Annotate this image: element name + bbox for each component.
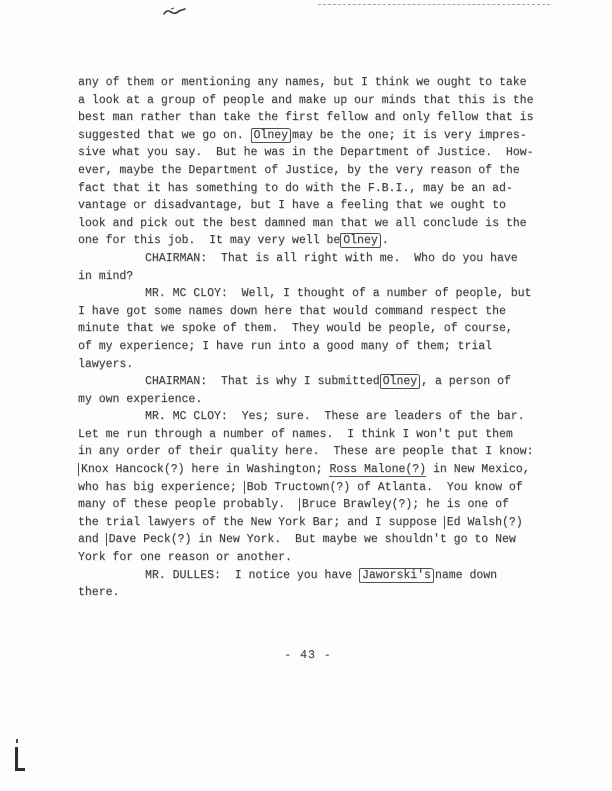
text-segment: MR. MC CLOY: Yes; sure. These are leader… — [145, 410, 525, 423]
text-segment: suggested that we go on. — [78, 129, 251, 142]
page-number: - 43 - — [78, 649, 538, 662]
text-segment: of Atlanta. You know of — [350, 481, 523, 494]
text-segment: sive what you say. But he was in the Dep… — [78, 146, 533, 159]
document-line: Let me run through a number of names. I … — [78, 426, 548, 444]
document-body: any of them or mentioning any names, but… — [78, 74, 548, 602]
text-segment: CHAIRMAN: That is all right with me. Who… — [145, 252, 518, 265]
document-line: MR. MC CLOY: Yes; sure. These are leader… — [78, 408, 548, 426]
text-segment: CHAIRMAN: That is why I submitted — [145, 375, 380, 388]
text-segment: look and pick out the best damned man th… — [78, 217, 527, 230]
annotated-name: Ross Malone(?) — [329, 463, 426, 477]
document-line: in mind? — [78, 268, 548, 286]
document-line: my own experience. — [78, 391, 548, 409]
dashed-page-edge-line — [318, 4, 550, 5]
text-segment: may be the one; it is very impres- — [292, 129, 527, 142]
annotated-name: Olney — [380, 374, 421, 389]
document-line: ever, maybe the Department of Justice, b… — [78, 162, 548, 180]
corner-mark-icon — [16, 739, 18, 743]
text-segment: my own experience. — [78, 393, 202, 406]
text-segment: ever, maybe the Department of Justice, b… — [78, 164, 520, 177]
text-segment: lawyers. — [78, 358, 133, 371]
text-segment: in mind? — [78, 270, 133, 283]
annotated-name: Dave Peck(?) — [106, 533, 192, 546]
document-line: I have got some names down here that wou… — [78, 303, 548, 321]
text-segment: fact that it has something to do with th… — [78, 182, 513, 195]
document-line: of my experience; I have run into a good… — [78, 338, 548, 356]
annotated-name: Knox Hancock(?) — [78, 463, 185, 476]
annotated-name: Bruce Brawley(?) — [299, 498, 412, 511]
text-segment: MR. DULLES: I notice you have — [145, 569, 359, 582]
text-segment: MR. MC CLOY: Well, I thought of a number… — [145, 287, 531, 300]
document-line: MR. DULLES: I notice you have Jaworski's… — [78, 567, 548, 585]
document-line: best man rather than take the first fell… — [78, 109, 548, 127]
document-line: any of them or mentioning any names, but… — [78, 74, 548, 92]
text-segment: who has big experience; — [78, 481, 244, 494]
text-segment: , a person of — [421, 375, 511, 388]
document-line: a look at a group of people and make up … — [78, 92, 548, 110]
annotated-name: Olney — [340, 233, 381, 248]
document-line: and Dave Peck(?) in New York. But maybe … — [78, 531, 548, 549]
annotated-name: Jaworski's — [359, 568, 434, 583]
document-line: there. — [78, 584, 548, 602]
text-segment: York for one reason or another. — [78, 551, 292, 564]
text-segment: many of these people probably. — [78, 498, 299, 511]
text-segment: a look at a group of people and make up … — [78, 94, 533, 107]
text-segment: . — [382, 234, 389, 247]
document-line: the trial lawyers of the New York Bar; a… — [78, 514, 548, 532]
document-line: York for one reason or another. — [78, 549, 548, 567]
document-line: fact that it has something to do with th… — [78, 180, 548, 198]
text-segment: any of them or mentioning any names, but… — [78, 76, 527, 89]
scanned-page: any of them or mentioning any names, but… — [0, 0, 612, 791]
text-segment: there. — [78, 586, 119, 599]
annotated-name: Bob Tructown(?) — [244, 481, 351, 494]
document-line: CHAIRMAN: That is why I submittedOlney, … — [78, 373, 548, 391]
document-line: sive what you say. But he was in the Dep… — [78, 144, 548, 162]
text-segment: Let me run through a number of names. I … — [78, 428, 513, 441]
annotated-name: Olney — [251, 128, 292, 143]
document-line: who has big experience; Bob Tructown(?) … — [78, 479, 548, 497]
text-segment: one for this job. It may very well be — [78, 234, 340, 247]
text-segment: name down — [435, 569, 497, 582]
text-segment: in New York. But maybe we shouldn't go t… — [191, 533, 515, 546]
document-line: in any order of their quality here. Thes… — [78, 443, 548, 461]
document-line: minute that we spoke of them. They would… — [78, 320, 548, 338]
document-line: MR. MC CLOY: Well, I thought of a number… — [78, 285, 548, 303]
text-segment: here in Washington; — [185, 463, 330, 476]
document-line: look and pick out the best damned man th… — [78, 215, 548, 233]
annotated-name: Ed Walsh(?) — [444, 516, 523, 529]
text-segment: in New Mexico, — [426, 463, 530, 476]
text-segment: I have got some names down here that wou… — [78, 305, 506, 318]
document-line: CHAIRMAN: That is all right with me. Who… — [78, 250, 548, 268]
text-segment: the trial lawyers of the New York Bar; a… — [78, 516, 444, 529]
document-line: Knox Hancock(?) here in Washington; Ross… — [78, 461, 548, 479]
corner-mark-icon — [15, 768, 25, 771]
document-line: suggested that we go on. Olneymay be the… — [78, 127, 548, 145]
text-segment: vantage or disadvantage, but I have a fe… — [78, 199, 506, 212]
text-segment: best man rather than take the first fell… — [78, 111, 533, 124]
document-line: many of these people probably. Bruce Bra… — [78, 496, 548, 514]
text-segment: of my experience; I have run into a good… — [78, 340, 492, 353]
document-line: vantage or disadvantage, but I have a fe… — [78, 197, 548, 215]
document-line: lawyers. — [78, 356, 548, 374]
text-segment: ; he is one of — [412, 498, 509, 511]
handwritten-squiggle-icon — [162, 5, 188, 23]
text-segment: and — [78, 533, 106, 546]
text-segment: minute that we spoke of them. They would… — [78, 322, 513, 335]
text-segment: in any order of their quality here. Thes… — [78, 445, 533, 458]
document-line: one for this job. It may very well beOln… — [78, 232, 548, 250]
